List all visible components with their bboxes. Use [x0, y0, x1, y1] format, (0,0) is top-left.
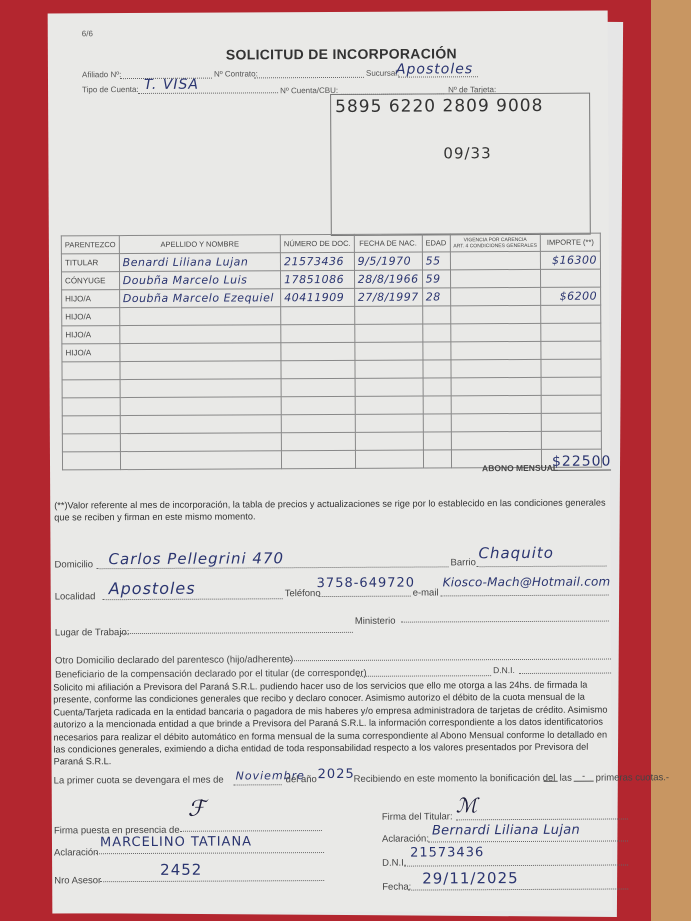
cell-nombre[interactable] — [119, 307, 280, 326]
cell-nombre[interactable]: Doubña Marcelo Ezequiel — [119, 289, 280, 308]
abono-value[interactable]: $22500 — [552, 454, 612, 471]
cell-vigencia[interactable] — [450, 251, 541, 269]
cell-importe[interactable] — [541, 323, 601, 341]
cell-importe[interactable] — [541, 341, 601, 359]
primera-cuota-prefix: La primer cuota se devengara el mes de — [54, 775, 224, 787]
telefono-field[interactable] — [319, 596, 411, 597]
cell-fecha[interactable] — [355, 360, 423, 378]
cell-doc[interactable] — [281, 450, 355, 468]
cell-nombre[interactable]: Doubña Marcelo Luis — [119, 271, 280, 290]
tarjeta-number: 5895 6220 2809 9008 — [335, 96, 543, 117]
form-title: SOLICITUD DE INCORPORACIÓN — [226, 45, 457, 62]
cell-importe[interactable] — [541, 431, 601, 449]
cell-parentesco[interactable]: TITULAR — [61, 254, 119, 272]
aclaracion-left-label: Aclaración — [54, 847, 98, 858]
domicilio-value: Carlos Pellegrini 470 — [108, 549, 284, 568]
cell-doc[interactable]: 40411909 — [281, 288, 355, 306]
cell-importe[interactable]: $16300 — [540, 251, 600, 269]
bonif-field[interactable]: - — [544, 771, 558, 782]
cell-doc[interactable] — [281, 306, 355, 324]
telefono-label: Teléfono — [285, 588, 321, 599]
cell-doc[interactable] — [281, 342, 355, 360]
cell-edad[interactable]: 28 — [422, 288, 450, 306]
cell-fecha[interactable] — [354, 324, 422, 342]
email-label: e-mail — [413, 587, 439, 598]
email-field[interactable] — [441, 595, 609, 597]
trabajo-field[interactable] — [121, 632, 353, 634]
dni-titular-field[interactable] — [404, 864, 628, 866]
anio-label: del año — [286, 774, 317, 785]
beneficiario-label: Beneficiario de la compensación declarad… — [55, 668, 367, 681]
trabajo-label: Lugar de Trabajo: — [55, 627, 130, 638]
col-importe: IMPORTE (**) — [540, 233, 600, 251]
cell-doc[interactable] — [281, 414, 355, 432]
cell-vigencia[interactable] — [450, 269, 541, 287]
cell-vigencia[interactable] — [450, 341, 541, 359]
family-table: PARENTEZCO APELLIDO Y NOMBRE NÚMERO DE D… — [61, 233, 602, 471]
cell-importe[interactable] — [541, 377, 601, 395]
contrato-label: Nº Contrato: — [214, 69, 258, 78]
cell-vigencia[interactable] — [450, 359, 541, 377]
firma-titular-field[interactable] — [456, 818, 628, 820]
asesor-field[interactable] — [100, 880, 324, 882]
presencia-signature: ℱ — [188, 797, 205, 822]
telefono-value: 3758-649720 — [317, 576, 415, 592]
sucursal-value: Apostoles — [396, 61, 473, 77]
cell-parentesco[interactable] — [62, 380, 120, 398]
legal-text: Solicito mi afiliación a Previsora del P… — [53, 679, 608, 769]
cell-importe[interactable] — [541, 305, 601, 323]
price-note: (**)Valor referente al mes de incorporac… — [54, 497, 609, 525]
localidad-value: Apostoles — [109, 579, 196, 598]
cell-doc[interactable] — [281, 378, 355, 396]
cell-nombre[interactable] — [120, 433, 281, 452]
las-label: las — [560, 773, 572, 784]
cell-edad[interactable] — [422, 324, 450, 342]
col-vigencia-sub: ART. 4 CONDICIONES GENERALES — [453, 242, 537, 248]
cell-vigencia[interactable] — [450, 323, 541, 341]
col-doc: NÚMERO DE DOC. — [280, 234, 354, 252]
cell-vigencia[interactable] — [451, 377, 542, 395]
cell-edad[interactable]: 59 — [422, 270, 450, 288]
cell-parentesco[interactable] — [62, 452, 120, 470]
tarjeta-box[interactable]: 5895 6220 2809 9008 09/33 — [330, 93, 591, 236]
abono-label: ABONO MENSUAL — [482, 463, 558, 473]
cell-nombre[interactable] — [120, 343, 281, 362]
barrio-field[interactable] — [477, 566, 607, 568]
sucursal-label: Sucursal: — [366, 69, 399, 78]
cell-edad[interactable] — [422, 306, 450, 324]
cell-fecha[interactable] — [354, 306, 422, 324]
col-edad: EDAD — [422, 234, 450, 252]
dni-titular-value: 21573436 — [410, 845, 484, 860]
localidad-label: Localidad — [55, 591, 96, 602]
cell-fecha[interactable] — [355, 396, 423, 414]
barrio-label: Barrio — [451, 557, 476, 568]
col-fecha: FECHA DE NAC. — [354, 234, 422, 252]
aclaracion-right-value: Bernardi Liliana Lujan — [432, 823, 580, 839]
cell-fecha[interactable] — [355, 414, 423, 432]
cell-doc[interactable]: 21573436 — [280, 252, 354, 270]
titular-signature: ℳ — [456, 793, 478, 817]
dni-titular-label: D.N.I. — [382, 858, 406, 869]
ministerio-label: Ministerio — [355, 616, 396, 627]
las-field[interactable]: - — [574, 771, 594, 782]
fecha-value: 29/11/2025 — [422, 869, 519, 888]
barrio-value: Chaquito — [478, 544, 554, 562]
cell-importe[interactable] — [541, 395, 601, 413]
col-parentesco: PARENTEZCO — [61, 236, 119, 254]
cell-nombre[interactable] — [119, 325, 280, 344]
cell-vigencia[interactable] — [450, 305, 541, 323]
cell-parentesco[interactable]: HIJO/A — [62, 326, 120, 344]
email-value: Kiosco-Mach@Hotmail.com — [443, 575, 611, 590]
cell-edad[interactable] — [423, 414, 451, 432]
cell-fecha[interactable] — [355, 450, 423, 468]
cell-nombre[interactable]: Benardi Liliana Lujan — [119, 253, 280, 272]
cell-parentesco[interactable] — [62, 434, 120, 452]
cell-fecha[interactable]: 27/8/1997 — [354, 288, 422, 306]
page-number: 6/6 — [82, 29, 93, 38]
cell-edad[interactable] — [423, 450, 451, 468]
cell-fecha[interactable] — [355, 378, 423, 396]
cell-edad[interactable] — [423, 396, 451, 414]
cell-nombre[interactable] — [120, 451, 281, 470]
cell-edad[interactable] — [423, 360, 451, 378]
aclaracion-right-field[interactable] — [428, 840, 628, 842]
cell-vigencia[interactable] — [451, 413, 542, 431]
asesor-value: 2452 — [160, 861, 202, 879]
cell-parentesco[interactable]: HIJO/A — [62, 308, 120, 326]
cell-doc[interactable] — [281, 432, 355, 450]
fecha-field[interactable] — [408, 888, 628, 890]
beneficiario-field[interactable] — [357, 675, 491, 677]
cell-vigencia[interactable] — [451, 431, 542, 449]
cell-doc[interactable] — [281, 324, 355, 342]
ministerio-field[interactable] — [401, 621, 609, 623]
aclaracion-left-value: Marcelino Tatiana — [100, 834, 252, 850]
cell-parentesco[interactable]: HIJO/A — [62, 344, 120, 362]
form-sheet: 6/6 SOLICITUD DE INCORPORACIÓN Afiliado … — [48, 11, 613, 914]
cell-importe[interactable] — [541, 269, 601, 287]
otro-domicilio-label: Otro Domicilio declarado del parentesco … — [55, 654, 293, 666]
tipo-cuenta-value: T. VISA — [144, 77, 199, 93]
cell-edad[interactable] — [422, 342, 450, 360]
cell-edad[interactable]: 55 — [422, 252, 450, 270]
otro-domicilio-field[interactable] — [289, 659, 611, 662]
cell-importe[interactable] — [541, 413, 601, 431]
asesor-label: Nro Asesor — [54, 875, 101, 886]
col-nombre: APELLIDO Y NOMBRE — [119, 235, 280, 254]
anio-value[interactable]: 2025 — [318, 767, 355, 782]
cell-fecha[interactable] — [355, 342, 423, 360]
cell-parentesco[interactable] — [62, 362, 120, 380]
cell-nombre[interactable] — [120, 397, 281, 416]
cell-importe[interactable]: $6200 — [541, 287, 601, 305]
contrato-field[interactable] — [254, 77, 364, 79]
cell-edad[interactable] — [423, 378, 451, 396]
cell-parentesco[interactable] — [62, 416, 120, 434]
tarjeta-expiry: 09/33 — [443, 144, 491, 162]
presencia-field[interactable] — [180, 830, 322, 832]
fecha-label: Fecha: — [382, 882, 411, 893]
dni-benef-field[interactable] — [519, 673, 611, 674]
dni-benef-label: D.N.I. — [493, 665, 515, 675]
cell-vigencia[interactable] — [451, 395, 542, 413]
col-vigencia: VIGENCIA POR CARENCIAART. 4 CONDICIONES … — [450, 233, 541, 251]
domicilio-label: Domicilio — [55, 559, 94, 570]
cell-doc[interactable]: 17851086 — [281, 270, 355, 288]
mes-field[interactable] — [234, 784, 282, 785]
cell-fecha[interactable] — [355, 432, 423, 450]
aclaracion-left-field[interactable] — [96, 852, 324, 854]
cell-edad[interactable] — [423, 432, 451, 450]
cell-parentesco[interactable]: CÓNYUGE — [62, 272, 120, 290]
aclaracion-right-label: Aclaración: — [382, 833, 429, 844]
cell-parentesco[interactable]: HIJO/A — [62, 290, 120, 308]
cell-importe[interactable] — [541, 359, 601, 377]
cell-fecha[interactable]: 28/8/1966 — [354, 270, 422, 288]
afiliado-label: Afiliado Nº: — [82, 70, 121, 79]
cell-nombre[interactable] — [120, 415, 281, 434]
primera-cuota-suffix: primeras cuotas.- — [596, 772, 669, 783]
localidad-field[interactable] — [103, 598, 283, 600]
cell-fecha[interactable]: 9/5/1970 — [354, 252, 422, 270]
firma-titular-label: Firma del Titular: — [382, 811, 453, 822]
cell-doc[interactable] — [281, 396, 355, 414]
cell-parentesco[interactable] — [62, 398, 120, 416]
cell-vigencia[interactable] — [450, 287, 541, 305]
cell-doc[interactable] — [281, 360, 355, 378]
tipo-cuenta-label: Tipo de Cuenta: — [82, 85, 139, 94]
cell-nombre[interactable] — [120, 379, 281, 398]
cell-nombre[interactable] — [120, 361, 281, 380]
bonif-text: Recibiendo en este momento la bonificaci… — [354, 773, 556, 785]
